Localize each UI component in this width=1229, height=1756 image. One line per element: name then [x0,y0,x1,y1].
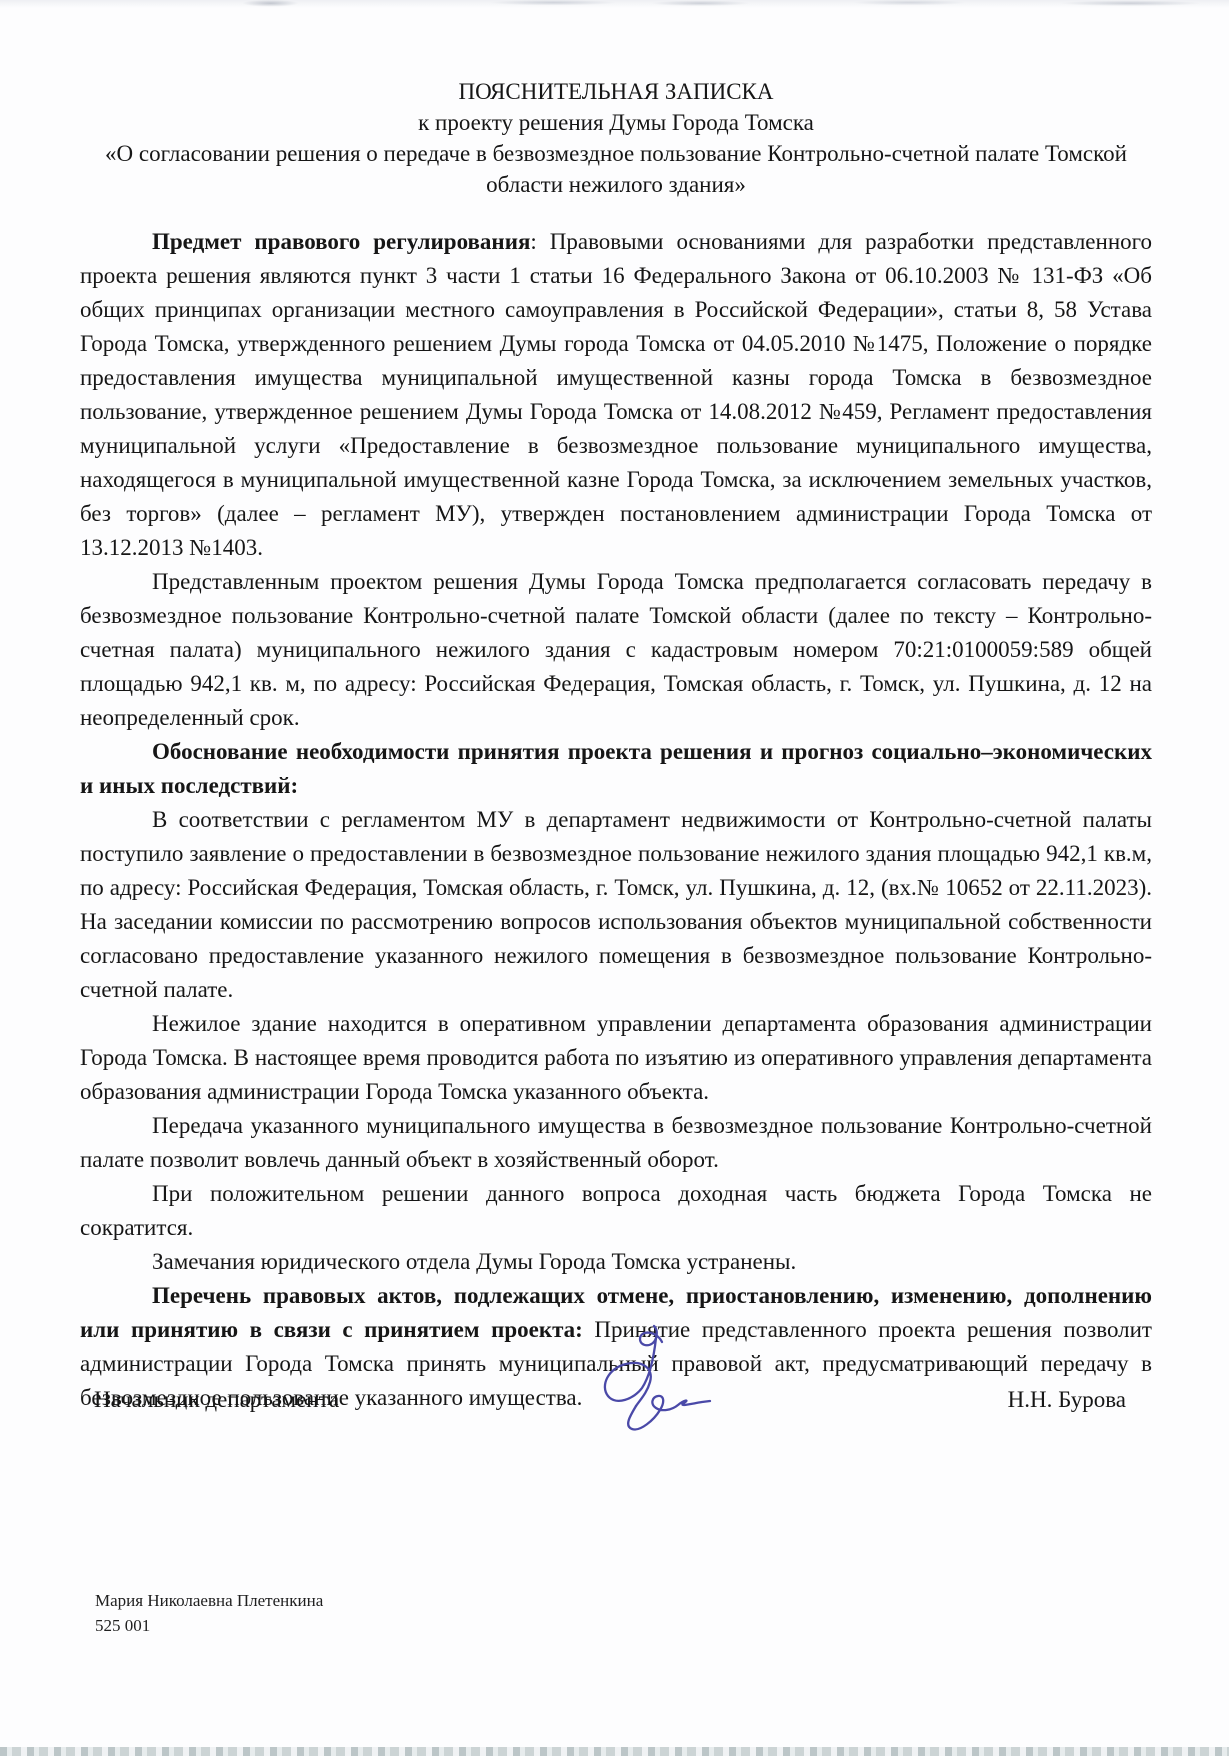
signature-row: Начальник департамента Н.Н. Бурова [94,1385,1126,1415]
paragraph-text: Представленным проектом решения Думы Гор… [80,569,1152,730]
paragraph: В соответствии с регламентом МУ в департ… [80,803,1152,1007]
signature-scribble-icon [598,1322,738,1434]
executor-block: Мария Николаевна Плетенкина 525 001 [95,1588,323,1638]
paragraph-lead: Обоснование необходимости принятия проек… [80,739,1152,798]
document-subject: «О согласовании решения о передаче в без… [80,138,1152,200]
paragraph: При положительном решении данного вопрос… [80,1177,1152,1245]
paragraph: Передача указанного муниципального имуще… [80,1109,1152,1177]
paragraph: Замечания юридического отдела Думы Город… [80,1245,1152,1279]
executor-name: Мария Николаевна Плетенкина [95,1588,323,1613]
paragraph-text: При положительном решении данного вопрос… [80,1181,1152,1240]
scanned-document-page: ПОЯСНИТЕЛЬНАЯ ЗАПИСКА к проекту решения … [0,0,1229,1756]
document-subtitle: к проекту решения Думы Города Томска [80,107,1152,138]
signer-name: Н.Н. Бурова [1008,1385,1126,1415]
paragraph-text: Передача указанного муниципального имуще… [80,1113,1152,1172]
handwritten-signature [598,1322,738,1434]
scan-artifact-bottom [0,1747,1229,1756]
paragraph-lead: Предмет правового регулирования [152,229,530,254]
paragraph: Обоснование необходимости принятия проек… [80,735,1152,803]
executor-code: 525 001 [95,1613,323,1638]
document-title-block: ПОЯСНИТЕЛЬНАЯ ЗАПИСКА к проекту решения … [80,76,1152,200]
paragraph-text: В соответствии с регламентом МУ в департ… [80,807,1152,1002]
position-label: Начальник департамента [94,1385,339,1415]
paragraph: Нежилое здание находится в оперативном у… [80,1007,1152,1109]
paragraph: Предмет правового регулирования: Правовы… [80,225,1152,565]
paragraph-text: Нежилое здание находится в оперативном у… [80,1011,1152,1104]
paragraph-text: Замечания юридического отдела Думы Город… [152,1249,796,1274]
scan-artifact-top [0,0,1229,13]
document-title: ПОЯСНИТЕЛЬНАЯ ЗАПИСКА [80,76,1152,107]
paragraph: Представленным проектом решения Думы Гор… [80,565,1152,735]
paragraph-text: : Правовыми основаниями для разработки п… [80,229,1152,560]
document-body: Предмет правового регулирования: Правовы… [80,225,1152,1415]
document-content: ПОЯСНИТЕЛЬНАЯ ЗАПИСКА к проекту решения … [80,76,1152,1415]
